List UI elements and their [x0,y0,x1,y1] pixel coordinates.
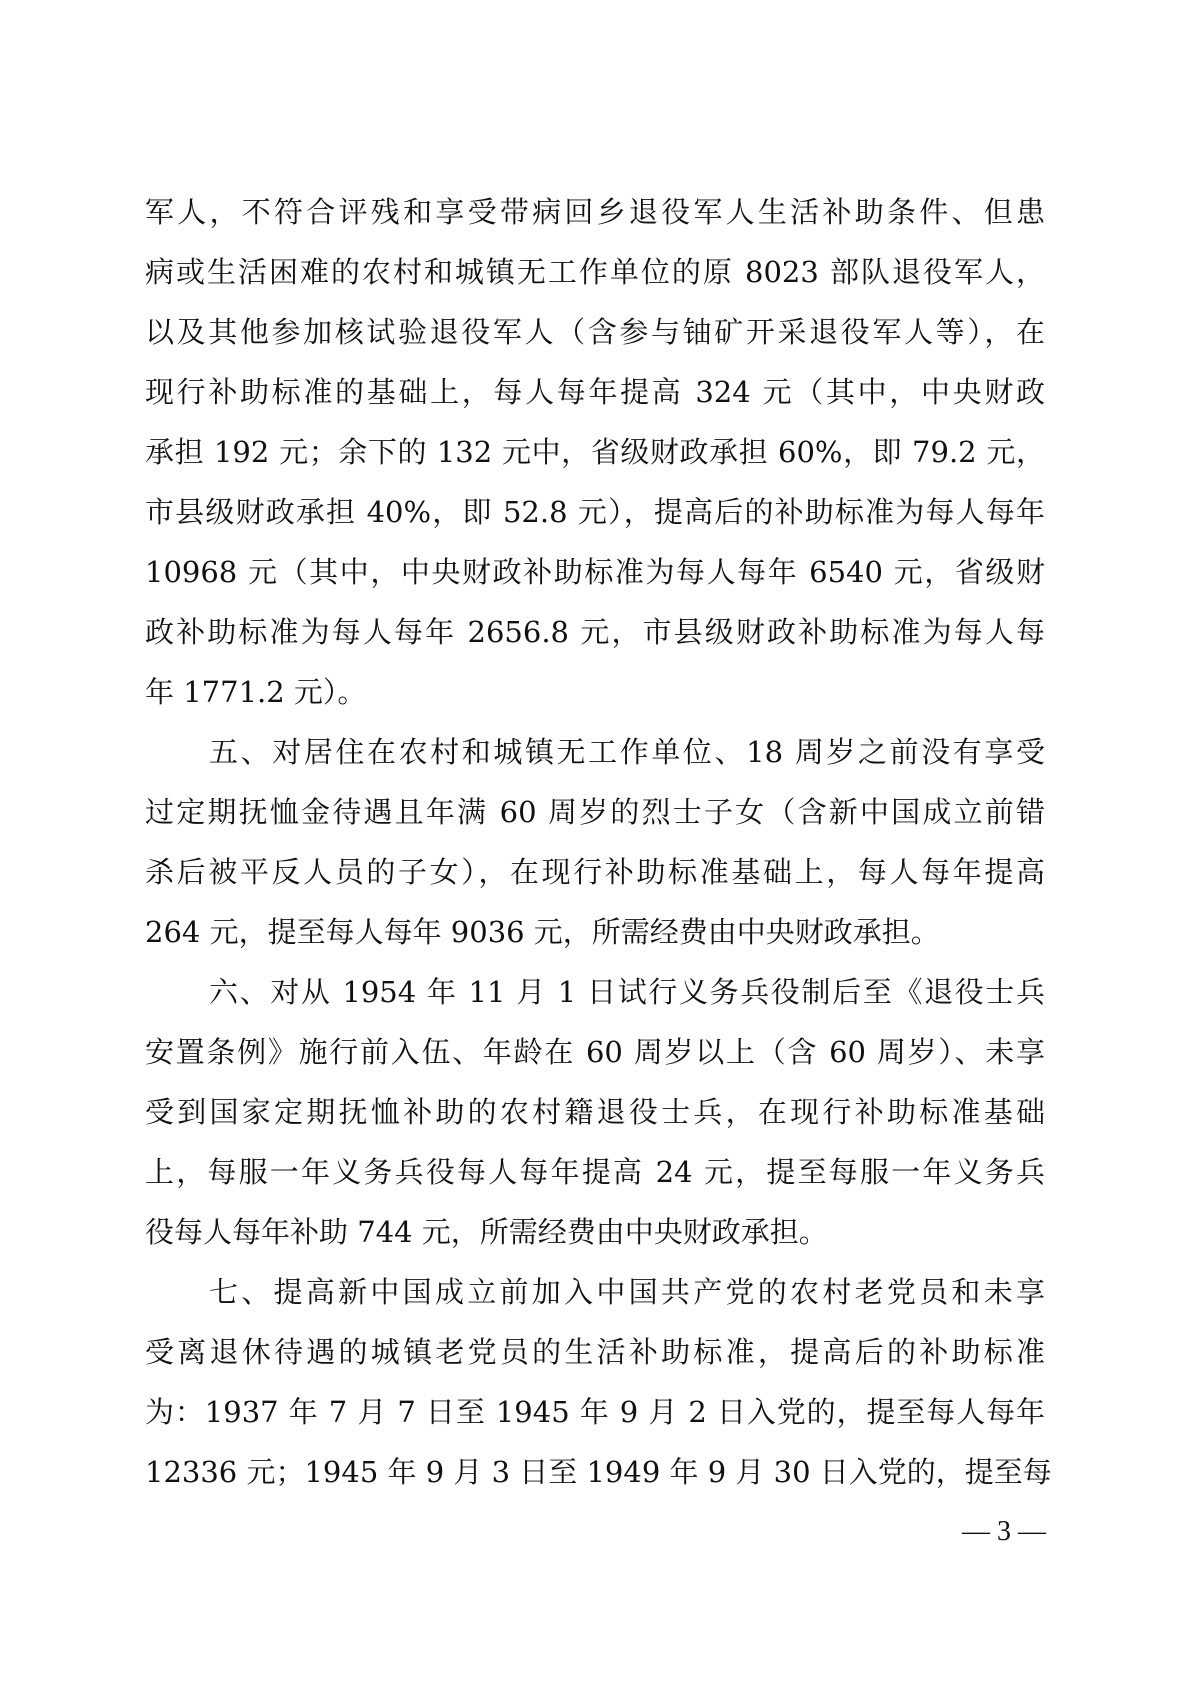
text-line: 政补助标准为每人每年 2656.8 元，市县级财政补助标准为每人每 [145,602,1045,662]
text-line: 市县级财政承担 40%，即 52.8 元），提高后的补助标准为每人每年 [145,482,1045,542]
text-line: 军人，不符合评残和享受带病回乡退役军人生活补助条件、但患 [145,182,1045,242]
text-line: 现行补助标准的基础上，每人每年提高 324 元（其中，中央财政 [145,362,1045,422]
text-line: 五、对居住在农村和城镇无工作单位、18 周岁之前没有享受 [145,722,1045,782]
text-line: 病或生活困难的农村和城镇无工作单位的原 8023 部队退役军人， [145,242,1045,302]
body-text: 军人，不符合评残和享受带病回乡退役军人生活补助条件、但患 病或生活困难的农村和城… [145,182,1045,1502]
text-line: 上，每服一年义务兵役每人每年提高 24 元，提至每服一年义务兵 [145,1142,1045,1202]
text-line: 为：1937 年 7 月 7 日至 1945 年 9 月 2 日入党的，提至每人… [145,1382,1045,1442]
text-line: 役每人每年补助 744 元，所需经费由中央财政承担。 [145,1202,1045,1262]
text-line: 过定期抚恤金待遇且年满 60 周岁的烈士子女（含新中国成立前错 [145,782,1045,842]
text-line: 以及其他参加核试验退役军人（含参与铀矿开采退役军人等），在 [145,302,1045,362]
text-line: 七、提高新中国成立前加入中国共产党的农村老党员和未享 [145,1262,1045,1322]
text-line: 12336 元；1945 年 9 月 3 日至 1949 年 9 月 30 日入… [145,1442,1045,1502]
text-line: 10968 元（其中，中央财政补助标准为每人每年 6540 元，省级财 [145,542,1045,602]
text-line: 承担 192 元；余下的 132 元中，省级财政承担 60%，即 79.2 元， [145,422,1045,482]
text-line: 受离退休待遇的城镇老党员的生活补助标准，提高后的补助标准 [145,1322,1045,1382]
text-line: 年 1771.2 元）。 [145,662,1045,722]
text-line: 杀后被平反人员的子女），在现行补助标准基础上，每人每年提高 [145,842,1045,902]
paragraph-item-4-continued: 军人，不符合评残和享受带病回乡退役军人生活补助条件、但患 病或生活困难的农村和城… [145,182,1045,722]
text-line: 六、对从 1954 年 11 月 1 日试行义务兵役制后至《退役士兵 [145,962,1045,1022]
paragraph-item-6: 六、对从 1954 年 11 月 1 日试行义务兵役制后至《退役士兵 安置条例》… [145,962,1045,1262]
text-line: 受到国家定期抚恤补助的农村籍退役士兵，在现行补助标准基础 [145,1082,1045,1142]
page-number: — 3 — [940,1512,1046,1552]
paragraph-item-5: 五、对居住在农村和城镇无工作单位、18 周岁之前没有享受 过定期抚恤金待遇且年满… [145,722,1045,962]
text-line: 安置条例》施行前入伍、年龄在 60 周岁以上（含 60 周岁）、未享 [145,1022,1045,1082]
text-line: 264 元，提至每人每年 9036 元，所需经费由中央财政承担。 [145,902,1045,962]
document-page: 军人，不符合评残和享受带病回乡退役军人生活补助条件、但患 病或生活困难的农村和城… [0,0,1190,1683]
paragraph-item-7: 七、提高新中国成立前加入中国共产党的农村老党员和未享 受离退休待遇的城镇老党员的… [145,1262,1045,1502]
